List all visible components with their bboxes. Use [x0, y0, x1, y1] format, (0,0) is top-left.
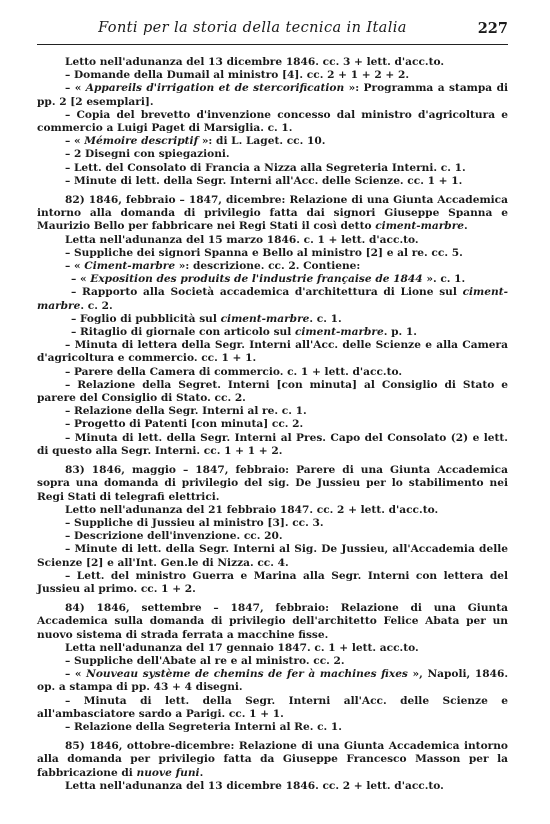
italic-title: Ciment-marbre [84, 260, 175, 272]
line-text: – « [65, 260, 84, 272]
line-text: – Minute di lett. della Segr. Interni al… [37, 543, 508, 568]
line-text: – « [65, 135, 84, 147]
entry-line: – Ritaglio di giornale con articolo sul … [37, 326, 508, 339]
line-text: . c. 2. [80, 300, 112, 312]
line-text: . [464, 220, 468, 232]
line-text: – Minute di lett. della Segr. Interni al… [65, 175, 462, 187]
line-text: Letta nell'adunanza del 17 gennaio 1847.… [65, 642, 419, 654]
entry-line: Letto nell'adunanza del 21 febbraio 1847… [37, 504, 508, 517]
line-text: – Lett. del Consolato di Francia a Nizza… [65, 162, 466, 174]
entry-line: – Lett. del Consolato di Francia a Nizza… [37, 162, 508, 175]
entry-line: – Suppliche dell'Abate al re e al minist… [37, 655, 508, 668]
line-text: . c. 1. [309, 313, 341, 325]
line-text: »: descrizione. cc. 2. Contiene: [175, 260, 360, 272]
entry-line: – Minute di lett. della Segr. Interni al… [37, 175, 508, 188]
entry-line: – 2 Disegni con spiegazioni. [37, 148, 508, 161]
entry-line: – Domande della Dumail al ministro [4]. … [37, 69, 508, 82]
entry-line: Letta nell'adunanza del 15 marzo 1846. c… [37, 234, 508, 247]
line-text: Letta nell'adunanza del 15 marzo 1846. c… [65, 234, 419, 246]
entry-heading: 83) 1846, maggio – 1847, febbraio: Parer… [37, 464, 508, 504]
italic-title: Exposition des produits de l'industrie f… [90, 273, 422, 285]
page-number: 227 [478, 20, 508, 37]
entry-line: – « Ciment-marbre »: descrizione. cc. 2.… [37, 260, 508, 273]
line-text: – Progetto di Patenti [con minuta] cc. 2… [65, 418, 303, 430]
line-text: 83) 1846, maggio – 1847, febbraio: Parer… [37, 464, 508, 502]
line-text: – Relazione della Segret. Interni [con m… [37, 379, 508, 404]
entry-line: – Suppliche dei signori Spanna e Bello a… [37, 247, 508, 260]
entry-heading: 84) 1846, settembre – 1847, febbraio: Re… [37, 602, 508, 642]
header-rule [37, 44, 508, 45]
line-text: 84) 1846, settembre – 1847, febbraio: Re… [37, 602, 508, 640]
entry-line: Letto nell'adunanza del 13 dicembre 1846… [37, 56, 508, 69]
entry-line: – Copia del brevetto d'invenzione conces… [37, 109, 508, 135]
page-body: Letto nell'adunanza del 13 dicembre 1846… [37, 56, 508, 793]
line-text: – Domande della Dumail al ministro [4]. … [65, 69, 409, 81]
entry-line: – Parere della Camera di commercio. c. 1… [37, 366, 508, 379]
entry-line: – Suppliche di Jussieu al ministro [3]. … [37, 517, 508, 530]
entry-line: – Relazione della Segret. Interni [con m… [37, 379, 508, 405]
line-text: – Descrizione dell'invenzione. cc. 20. [65, 530, 283, 542]
line-text: – Suppliche dei signori Spanna e Bello a… [65, 247, 463, 259]
italic-title: ciment-marbre [375, 220, 464, 232]
italic-title: ciment-marbre [221, 313, 310, 325]
entry-line: – « Exposition des produits de l'industr… [37, 273, 508, 286]
entry-line: Letta nell'adunanza del 17 gennaio 1847.… [37, 642, 508, 655]
entry-line: – « Mémoire descriptif »: di L. Laget. c… [37, 135, 508, 148]
line-text: – Foglio di pubblicità sul [71, 313, 221, 325]
line-text: 85) 1846, ottobre-dicembre: Relazione di… [37, 740, 508, 778]
entry-line: – Lett. del ministro Guerra e Marina all… [37, 570, 508, 596]
running-header: Fonti per la storia della tecnica in Ita… [37, 20, 508, 44]
line-text: – Rapporto alla Società accademica d'arc… [71, 286, 463, 298]
line-text: – « [65, 82, 86, 94]
line-text: – Lett. del ministro Guerra e Marina all… [37, 570, 508, 595]
entry-line: – Foglio di pubblicità sul ciment-marbre… [37, 313, 508, 326]
entry-line: – « Appareils d'irrigation et de stercor… [37, 82, 508, 108]
entry-line: – Minute di lett. della Segr. Interni al… [37, 543, 508, 569]
italic-title: Appareils d'irrigation et de stercorific… [86, 82, 344, 94]
line-text: – « [71, 273, 90, 285]
line-text: – Minuta di lett. della Segr. Interni al… [37, 432, 508, 457]
entry-line: – Relazione della Segreteria Interni al … [37, 721, 508, 734]
line-text: – Relazione della Segreteria Interni al … [65, 721, 342, 733]
italic-title: nuove funi [137, 767, 200, 779]
entry-line: – Rapporto alla Società accademica d'arc… [37, 286, 508, 312]
line-text: – Minuta di lett. della Segr. Interni al… [37, 695, 508, 720]
line-text: – Suppliche di Jussieu al ministro [3]. … [65, 517, 324, 529]
running-title: Fonti per la storia della tecnica in Ita… [37, 20, 468, 36]
line-text: ». c. 1. [423, 273, 466, 285]
line-text: Letta nell'adunanza del 13 dicembre 1846… [65, 780, 444, 792]
entry-heading: 82) 1846, febbraio – 1847, dicembre: Rel… [37, 194, 508, 234]
line-text: – Parere della Camera di commercio. c. 1… [65, 366, 402, 378]
line-text: – Copia del brevetto d'invenzione conces… [37, 109, 508, 134]
entry-line: – « Nouveau système de chemins de fer à … [37, 668, 508, 694]
line-text: – « [65, 668, 86, 680]
line-text: »: di L. Laget. cc. 10. [198, 135, 325, 147]
line-text: Letto nell'adunanza del 21 febbraio 1847… [65, 504, 438, 516]
entry-line: Letta nell'adunanza del 13 dicembre 1846… [37, 780, 508, 793]
entry-line: – Progetto di Patenti [con minuta] cc. 2… [37, 418, 508, 431]
entry-line: – Relazione della Segr. Interni al re. c… [37, 405, 508, 418]
line-text: – Minuta di lettera della Segr. Interni … [37, 339, 508, 364]
italic-title: Mémoire descriptif [84, 135, 198, 147]
line-text: Letto nell'adunanza del 13 dicembre 1846… [65, 56, 444, 68]
italic-title: Nouveau système de chemins de fer à mach… [86, 668, 408, 680]
line-text: . p. 1. [384, 326, 417, 338]
line-text: – Suppliche dell'Abate al re e al minist… [65, 655, 345, 667]
line-text: . [200, 767, 204, 779]
entry-line: – Minuta di lettera della Segr. Interni … [37, 339, 508, 365]
italic-title: ciment-marbre [295, 326, 384, 338]
entry-line: – Minuta di lett. della Segr. Interni al… [37, 695, 508, 721]
entry-heading: 85) 1846, ottobre-dicembre: Relazione di… [37, 740, 508, 780]
line-text: – 2 Disegni con spiegazioni. [65, 148, 230, 160]
entry-line: – Minuta di lett. della Segr. Interni al… [37, 432, 508, 458]
line-text: – Ritaglio di giornale con articolo sul [71, 326, 295, 338]
line-text: – Relazione della Segr. Interni al re. c… [65, 405, 307, 417]
entry-line: – Descrizione dell'invenzione. cc. 20. [37, 530, 508, 543]
